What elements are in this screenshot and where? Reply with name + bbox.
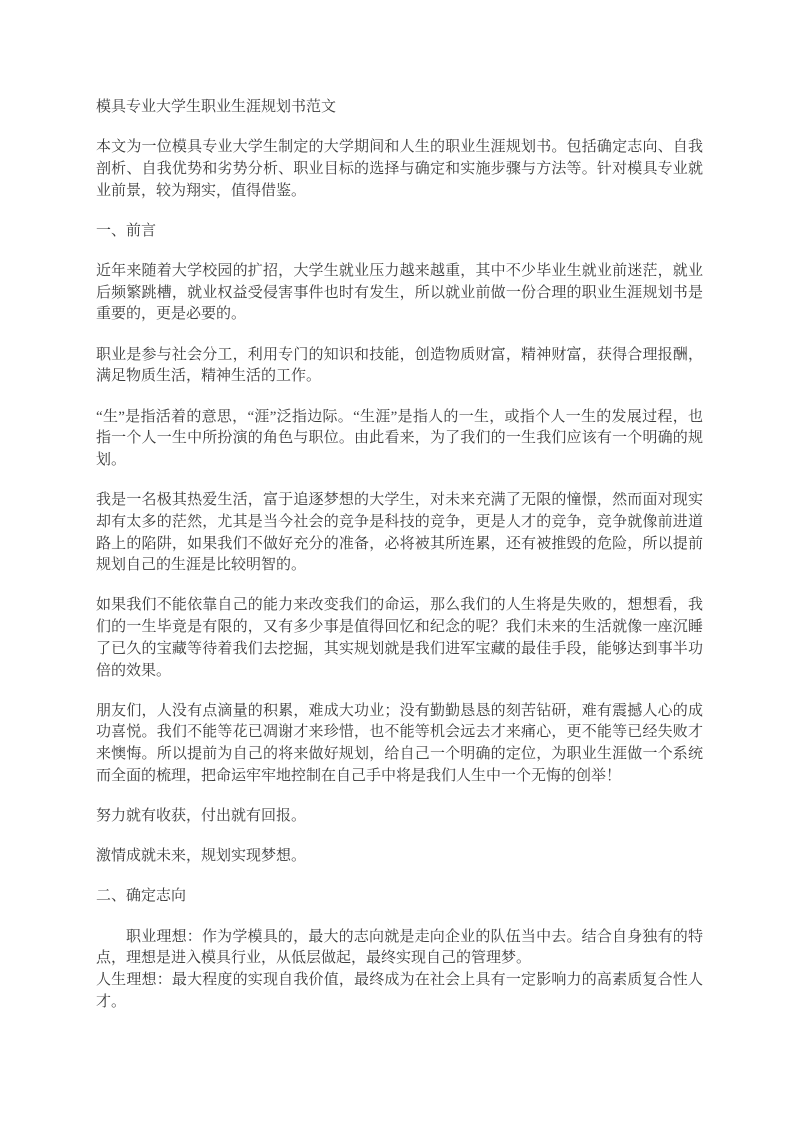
- document-page: 模具专业大学生职业生涯规划书范文 本文为一位模具专业大学生制定的大学期间和人生的…: [0, 0, 793, 1122]
- paragraph-preface-2: 职业是参与社会分工，利用专门的知识和技能，创造物质财富，精神财富，获得合理报酬，…: [96, 345, 703, 388]
- paragraph-preface-5: 如果我们不能依靠自己的能力来改变我们的命运，那么我们的人生将是失败的，想想看，我…: [96, 595, 703, 682]
- paragraph-preface-1: 近年来随着大学校园的扩招，大学生就业压力越来越重，其中不少毕业生就业前迷茫，就业…: [96, 261, 703, 326]
- paragraph-motto-1: 努力就有收获，付出就有回报。: [96, 806, 703, 828]
- paragraph-life-ideal: 人生理想：最大程度的实现自我价值，最终成为在社会上具有一定影响力的高素质复合性人…: [96, 970, 703, 1013]
- paragraph-preface-4: 我是一名极其热爱生活，富于追逐梦想的大学生，对未来充满了无限的憧憬，然而面对现实…: [96, 490, 703, 577]
- document-title: 模具专业大学生职业生涯规划书范文: [96, 97, 703, 119]
- heading-determine-ambition: 二、确定志向: [96, 886, 703, 908]
- heading-preface: 一、前言: [96, 221, 703, 243]
- paragraph-career-ideal: 职业理想：作为学模具的，最大的志向就是走向企业的队伍当中去。结合自身独有的特点，…: [96, 927, 703, 970]
- document-content: 模具专业大学生职业生涯规划书范文 本文为一位模具专业大学生制定的大学期间和人生的…: [96, 97, 703, 1032]
- paragraph-preface-3: “生”是指活着的意思，“涯”泛指边际。“生涯”是指人的一生，或指个人一生的发展过…: [96, 407, 703, 472]
- paragraph-motto-2: 激情成就未来，规划实现梦想。: [96, 846, 703, 868]
- paragraph-summary: 本文为一位模具专业大学生制定的大学期间和人生的职业生涯规划书。包括确定志向、自我…: [96, 137, 703, 202]
- paragraph-preface-6: 朋友们，人没有点滴量的积累，难成大功业；没有勤勤恳恳的刻苦钻研，难有震撼人心的成…: [96, 701, 703, 788]
